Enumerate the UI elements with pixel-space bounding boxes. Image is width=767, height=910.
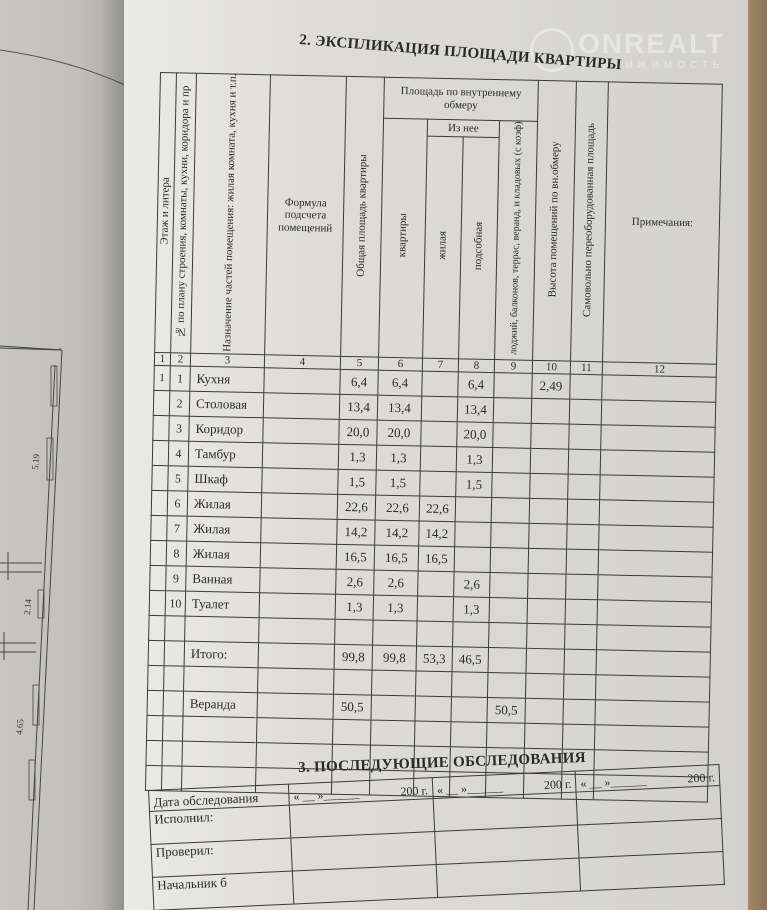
cell-floor <box>150 565 167 590</box>
cell-unauth <box>570 374 603 400</box>
cell-living <box>420 446 457 472</box>
cell-height <box>524 723 563 749</box>
cell-total: 1,3 <box>338 444 377 470</box>
cell-floor <box>145 765 162 790</box>
cell-total: 22,6 <box>337 494 376 520</box>
column-number: 7 <box>422 358 458 372</box>
cell-living <box>421 396 458 422</box>
cell-no: 2 <box>169 391 190 416</box>
cell-name: Жилая <box>187 491 262 518</box>
cell-notes <box>601 400 715 427</box>
cell-living <box>420 471 457 497</box>
cell-no <box>162 716 183 741</box>
cell-floor <box>148 665 165 690</box>
cell-apartment: 22,6 <box>375 495 420 521</box>
cell-aux <box>455 522 492 548</box>
cell-aux: 1,5 <box>456 472 493 498</box>
cell-notes <box>602 375 716 402</box>
cell-living <box>415 671 452 697</box>
dimension-label-3: 4.65 <box>14 718 25 735</box>
cell-name: Жилая <box>186 541 261 568</box>
cell-floor <box>153 415 170 440</box>
cell-notes <box>596 650 710 677</box>
cell-loggia <box>489 598 528 624</box>
cell-total: 50,5 <box>333 694 372 720</box>
cell-living <box>418 571 455 597</box>
cell-total: 6,4 <box>340 369 379 395</box>
cell-unauth <box>567 499 600 525</box>
cell-floor <box>146 715 163 740</box>
cell-unauth <box>569 399 602 425</box>
cell-unauth <box>565 599 598 625</box>
cell-total <box>334 669 373 695</box>
cell-formula <box>260 568 337 595</box>
cell-loggia <box>486 723 525 749</box>
cell-apartment: 1,3 <box>376 445 421 471</box>
header-formula: Формула подсчета помещений <box>265 75 347 357</box>
cell-height <box>528 573 567 599</box>
cell-notes <box>595 700 709 727</box>
cell-unauth <box>564 649 597 675</box>
cell-no: 8 <box>166 541 187 566</box>
cell-notes <box>600 475 714 502</box>
year-label: 200 г. <box>544 777 572 793</box>
column-number: 5 <box>340 356 378 370</box>
cell-notes <box>599 500 713 527</box>
cell-notes <box>599 525 713 552</box>
cell-no <box>164 666 185 691</box>
floor-plan-page: 5.19 2.14 4.65 <box>0 0 128 910</box>
cell-floor <box>146 740 163 765</box>
cell-unauth <box>566 549 599 575</box>
cell-notes <box>598 550 712 577</box>
cell-loggia: 50,5 <box>487 698 526 724</box>
column-number: 10 <box>532 360 570 374</box>
cell-loggia <box>488 648 527 674</box>
cell-height: 2,49 <box>532 373 571 399</box>
cell-living <box>415 696 452 722</box>
cell-living: 16,5 <box>418 546 455 572</box>
cell-living <box>417 596 454 622</box>
cell-aux: 6,4 <box>458 372 495 398</box>
cell-loggia <box>492 473 531 499</box>
cell-no: 10 <box>165 591 186 616</box>
cell-notes <box>600 450 714 477</box>
open-quote: « <box>293 789 300 803</box>
cell-apartment: 20,0 <box>377 420 422 446</box>
cell-name: Кухня <box>190 366 265 393</box>
cell-name <box>185 616 260 643</box>
cell-apartment <box>370 720 415 746</box>
cell-formula <box>256 718 333 745</box>
dimension-label-1: 5.19 <box>30 453 41 470</box>
cell-unauth <box>563 699 596 725</box>
cell-living: 53,3 <box>416 646 453 672</box>
cell-loggia <box>494 373 533 399</box>
cell-name: Коридор <box>189 416 264 443</box>
close-quote: » <box>461 782 468 796</box>
cell-total: 2,6 <box>336 569 375 595</box>
cell-living <box>421 421 458 447</box>
cell-apartment: 13,4 <box>377 395 422 421</box>
cell-total: 1,3 <box>335 594 374 620</box>
open-quote: « <box>580 776 587 790</box>
cell-loggia <box>487 673 526 699</box>
cell-formula <box>257 693 334 720</box>
cell-apartment: 6,4 <box>378 370 423 396</box>
cell-apartment: 99,8 <box>372 645 417 671</box>
cell-unauth <box>568 474 601 500</box>
cell-name: Туалет <box>185 591 260 618</box>
cell-loggia <box>492 448 531 474</box>
cell-unauth <box>566 574 599 600</box>
cell-floor: 1 <box>154 365 171 390</box>
cell-aux: 1,3 <box>453 597 490 623</box>
cell-notes <box>594 725 708 752</box>
cell-loggia <box>491 523 530 549</box>
cell-height <box>530 448 569 474</box>
cell-notes <box>596 625 710 652</box>
cell-height <box>528 548 567 574</box>
header-auxiliary: подсобная <box>459 137 500 360</box>
cell-aux: 13,4 <box>457 397 494 423</box>
header-apartment: квартиры <box>379 118 428 358</box>
cell-name <box>182 716 257 743</box>
cell-apartment <box>373 620 418 646</box>
header-of-which: Из нее <box>427 119 499 138</box>
cell-aux <box>450 722 487 748</box>
cell-formula <box>261 518 338 545</box>
explication-table-wrapper: Этаж и литера № по плану строения, комна… <box>145 72 722 803</box>
cell-name: Столовая <box>189 391 264 418</box>
cell-living: 22,6 <box>419 496 456 522</box>
cell-floor <box>153 390 170 415</box>
cell-unauth <box>567 524 600 550</box>
cell-name <box>182 741 257 768</box>
cell-aux <box>451 697 488 723</box>
cell-no <box>163 691 184 716</box>
cell-formula <box>258 643 335 670</box>
cell-no: 6 <box>167 491 188 516</box>
cell-height <box>527 623 566 649</box>
header-height: Высота помещений по вн.обмеру <box>533 80 577 361</box>
cell-apartment <box>371 670 416 696</box>
cell-floor <box>152 465 169 490</box>
explication-table: Этаж и литера № по плану строения, комна… <box>145 72 723 803</box>
cell-no <box>164 641 185 666</box>
cell-height <box>527 598 566 624</box>
cell-aux <box>453 622 490 648</box>
cell-height <box>529 523 568 549</box>
column-number: 8 <box>458 359 494 373</box>
survey-signature-field[interactable] <box>292 865 437 904</box>
cell-no: 5 <box>168 466 189 491</box>
header-purpose: Назначение частей помещения: жилая комна… <box>191 73 271 355</box>
cell-total <box>335 619 374 645</box>
cell-no: 3 <box>169 416 190 441</box>
cell-unauth <box>565 624 598 650</box>
header-inner-area: Площадь по внутреннему обмеру <box>384 77 539 121</box>
cell-formula <box>262 443 339 470</box>
cell-no: 9 <box>166 566 187 591</box>
cell-formula <box>261 493 338 520</box>
cell-no <box>161 766 182 791</box>
column-number: 11 <box>570 361 602 375</box>
cell-aux <box>451 672 488 698</box>
survey-signature-field[interactable] <box>579 851 724 890</box>
cell-floor <box>149 590 166 615</box>
cell-unauth <box>563 674 596 700</box>
cell-total: 14,2 <box>337 519 376 545</box>
cell-name: Итого: <box>184 641 259 668</box>
cell-height <box>526 648 565 674</box>
cell-name: Жилая <box>187 516 262 543</box>
cell-aux <box>454 547 491 573</box>
cell-height <box>530 473 569 499</box>
cell-no: 1 <box>170 366 191 391</box>
cell-formula <box>259 593 336 620</box>
header-loggias: лоджий, балконов, террас, веранд, и клад… <box>495 121 538 361</box>
cell-apartment: 16,5 <box>374 545 419 571</box>
cell-aux <box>455 497 492 523</box>
open-quote: « <box>437 783 444 797</box>
cell-total: 13,4 <box>339 394 378 420</box>
cell-floor <box>151 490 168 515</box>
cell-formula <box>260 543 337 570</box>
cell-apartment: 1,5 <box>376 470 421 496</box>
cell-floor <box>148 640 165 665</box>
cell-unauth <box>568 449 601 475</box>
cell-unauth <box>562 724 595 750</box>
cell-name: Шкаф <box>188 466 263 493</box>
column-number: 2 <box>170 353 190 366</box>
survey-row-label: Начальник б <box>152 871 293 910</box>
cell-notes <box>597 600 711 627</box>
cell-no: 7 <box>167 516 188 541</box>
surveys-table-wrapper: Дата обследования« __ »______200 г.« __ … <box>148 764 725 910</box>
cell-aux: 2,6 <box>454 572 491 598</box>
cell-notes <box>598 575 712 602</box>
cell-total <box>332 719 371 745</box>
header-living: жилая <box>423 136 464 359</box>
cell-height <box>529 498 568 524</box>
cell-formula <box>263 418 340 445</box>
cell-height <box>531 423 570 449</box>
table-surface <box>748 0 767 910</box>
column-number: 9 <box>494 360 532 374</box>
cell-height <box>531 398 570 424</box>
cell-total: 16,5 <box>336 544 375 570</box>
cell-apartment: 14,2 <box>375 520 420 546</box>
cell-living <box>417 621 454 647</box>
cell-apartment <box>371 695 416 721</box>
close-quote: » <box>604 775 611 789</box>
cell-name: Ванная <box>186 566 261 593</box>
year-label: 200 г. <box>400 783 428 799</box>
cell-floor <box>150 540 167 565</box>
cell-formula <box>263 393 340 420</box>
cell-apartment: 2,6 <box>374 570 419 596</box>
cell-floor <box>147 690 164 715</box>
column-number: 1 <box>154 352 170 365</box>
column-number: 6 <box>378 357 422 371</box>
cell-no <box>162 741 183 766</box>
cell-floor <box>149 615 166 640</box>
cell-unauth <box>569 424 602 450</box>
header-total-area: Общая площадь квартиры <box>341 76 385 357</box>
dimension-label-2: 2.14 <box>22 598 33 615</box>
cell-floor <box>152 440 169 465</box>
cell-name <box>184 666 259 693</box>
cell-aux: 1,3 <box>456 447 493 473</box>
cell-aux: 20,0 <box>457 422 494 448</box>
cell-formula <box>258 668 335 695</box>
cell-height <box>525 673 564 699</box>
cell-no <box>165 616 186 641</box>
cell-formula <box>264 368 341 395</box>
cell-name: Тамбур <box>188 441 263 468</box>
year-label: 200 г. <box>687 770 715 786</box>
cell-no: 4 <box>168 441 189 466</box>
cell-total: 1,5 <box>338 469 377 495</box>
cell-loggia <box>490 548 529 574</box>
cell-aux: 46,5 <box>452 647 489 673</box>
cell-living <box>414 721 451 747</box>
cell-loggia <box>493 423 532 449</box>
header-notes: Примечания: <box>603 82 723 364</box>
cell-name: Веранда <box>183 691 258 718</box>
cell-total: 99,8 <box>334 644 373 670</box>
cell-floor <box>151 515 168 540</box>
surveys-table: Дата обследования« __ »______200 г.« __ … <box>148 764 725 910</box>
cell-notes <box>595 675 709 702</box>
cell-notes <box>601 425 715 452</box>
cell-loggia <box>493 398 532 424</box>
cell-living: 14,2 <box>419 521 456 547</box>
cell-formula <box>262 468 339 495</box>
survey-signature-field[interactable] <box>436 858 581 897</box>
cell-loggia <box>489 623 528 649</box>
cell-loggia <box>490 573 529 599</box>
cell-loggia <box>491 498 530 524</box>
cell-formula <box>259 618 336 645</box>
cell-height <box>525 698 564 724</box>
cell-apartment: 1,3 <box>373 595 418 621</box>
cell-total: 20,0 <box>339 419 378 445</box>
close-quote: » <box>317 788 324 802</box>
cell-living <box>422 371 459 397</box>
